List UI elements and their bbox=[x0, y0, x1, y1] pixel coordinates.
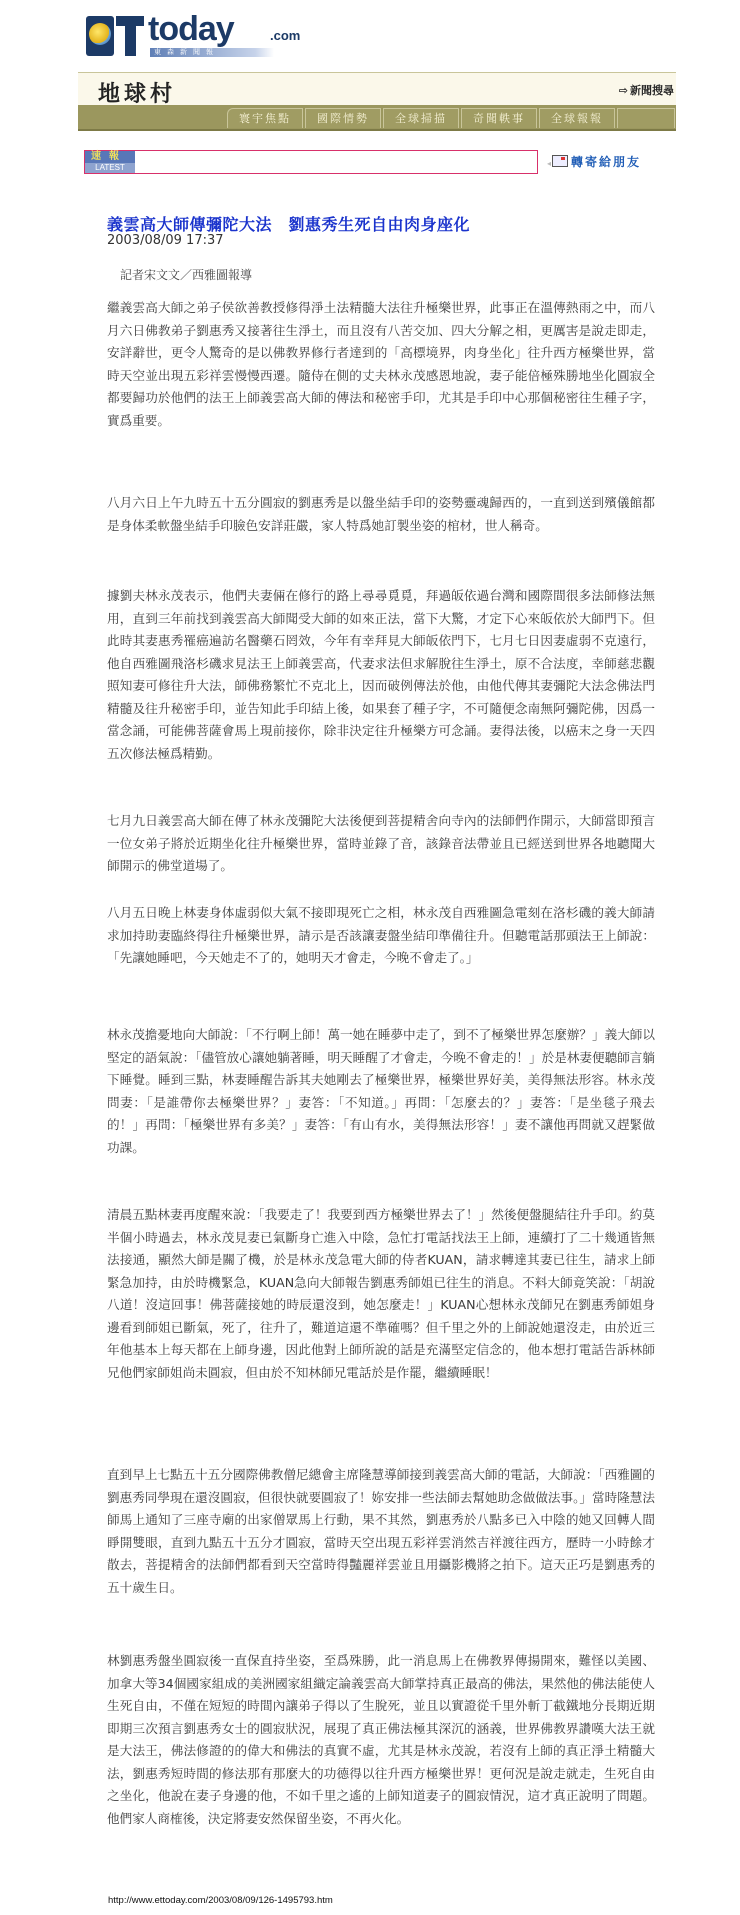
tab-international[interactable]: 國際情勢 bbox=[305, 108, 381, 128]
latest-badge: 速報 LATEST bbox=[85, 151, 135, 173]
latest-badge-zh: 速報 bbox=[91, 151, 127, 163]
source-url: http://www.ettoday.com/2003/08/09/126-14… bbox=[108, 1895, 333, 1906]
article-paragraph: 直到早上七點五十五分國際佛教僧尼總會主席隆慧導師接到義雲高大師的電話，大師說：「… bbox=[107, 1464, 655, 1599]
section-nav: 寰宇焦點 國際情勢 全球掃描 奇聞軼事 全球報報 bbox=[78, 105, 676, 131]
section-title: 地球村 bbox=[98, 77, 176, 108]
logo-subtitle: 東森新聞報 bbox=[150, 48, 274, 57]
article-paragraph: 八月六日上午九時五十五分圓寂的劉惠秀是以盤坐結手印的姿勢靈魂歸西的，一直到送到殯… bbox=[107, 492, 655, 537]
article-paragraph: 林劉惠秀盤坐圓寂後一直保直持坐姿，至爲殊勝，此一消息馬上在佛教界傳揚開來，難怪以… bbox=[107, 1650, 655, 1830]
latest-news-ticker[interactable]: 速報 LATEST bbox=[84, 150, 538, 174]
article-paragraph: 林永茂擔憂地向大師說：「不行啊上師！萬一她在睡夢中走了，到不了極樂世界怎麼辦？」… bbox=[107, 1024, 655, 1159]
tab-empty[interactable] bbox=[617, 108, 675, 128]
forward-to-friend-link[interactable]: ◂轉寄給朋友 bbox=[547, 153, 641, 170]
logo-dotcom: .com bbox=[270, 28, 300, 43]
logo-wordmark: today bbox=[148, 10, 234, 49]
article-datetime: 2003/08/09 17:37 bbox=[107, 233, 224, 248]
article-paragraph: 七月九日義雲高大師在傳了林永茂彌陀大法後便到菩提精舍向寺內的法師們作開示，大師當… bbox=[107, 810, 655, 878]
tab-global-scan[interactable]: 全球掃描 bbox=[383, 108, 459, 128]
logo-t-block bbox=[116, 16, 144, 56]
article-paragraph: 清晨五點林妻再度醒來說：「我要走了！我要到西方極樂世界去了！」然後便盤腿結往升手… bbox=[107, 1204, 655, 1384]
news-search-link[interactable]: ⇨新聞搜尋 bbox=[619, 82, 674, 98]
article-paragraph: 據劉夫林永茂表示，他們夫妻倆在修行的路上尋尋覓覓，拜過皈依過台灣和國際間很多法師… bbox=[107, 585, 655, 765]
tab-global-focus[interactable]: 寰宇焦點 bbox=[227, 108, 303, 128]
article-paragraph: 繼義雲高大師之弟子侯欲善教授修得淨土法精髓大法往升極樂世界，此事正在溫傳熱雨之中… bbox=[107, 297, 655, 432]
tab-global-report[interactable]: 全球報報 bbox=[539, 108, 615, 128]
news-search-label: 新聞搜尋 bbox=[630, 84, 674, 97]
ettoday-logo[interactable]: today .com 東森新聞報 bbox=[86, 14, 316, 58]
arrow-right-icon: ⇨ bbox=[619, 84, 628, 97]
mail-icon bbox=[552, 155, 568, 167]
forward-label: 轉寄給朋友 bbox=[571, 155, 641, 169]
latest-badge-en: LATEST bbox=[85, 163, 135, 173]
section-header: 地球村 ⇨新聞搜尋 bbox=[78, 72, 676, 105]
article-byline: 記者宋文文／西雅圖報導 bbox=[120, 266, 252, 283]
article-headline: 義雲高大師傳彌陀大法 劉惠秀生死自由肉身座化 bbox=[107, 212, 470, 235]
tab-oddities[interactable]: 奇聞軼事 bbox=[461, 108, 537, 128]
logo-globe-icon bbox=[89, 23, 111, 45]
article-paragraph: 八月五日晚上林妻身体虛弱似大氣不接即現死亡之相，林永茂自西雅圖急電刻在洛杉磯的義… bbox=[107, 902, 655, 970]
